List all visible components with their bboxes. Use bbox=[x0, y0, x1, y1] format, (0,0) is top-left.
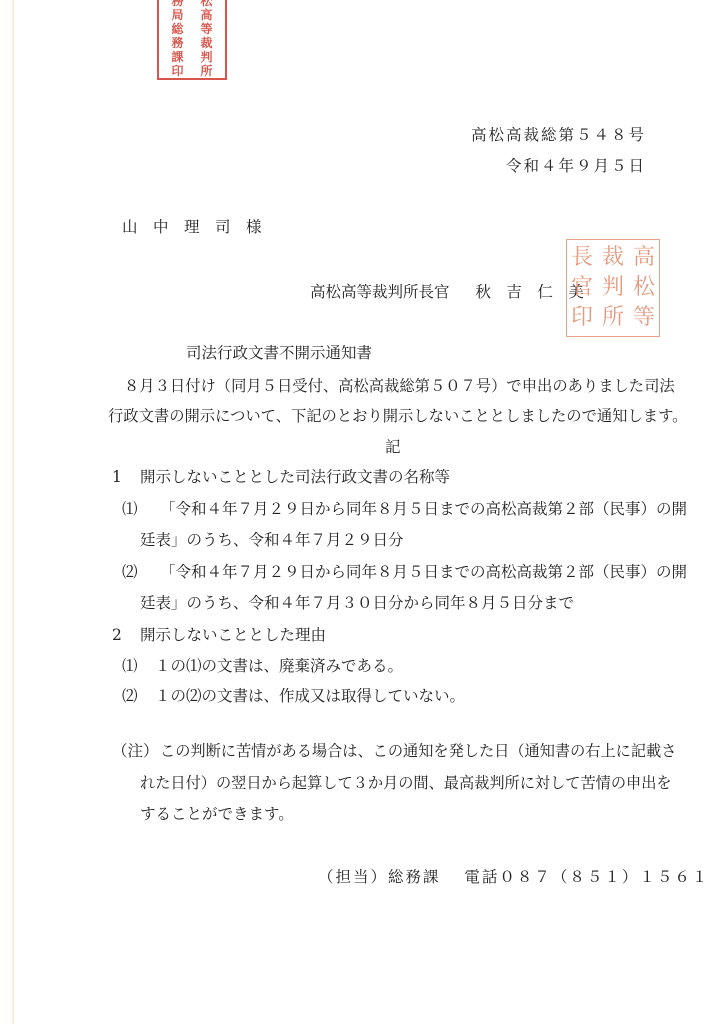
seal-char: 長 bbox=[571, 244, 593, 272]
section-1-item-1-line-1: 「令和４年７月２９日から同年８月５日までの高松高裁第２部（民事）の開 bbox=[160, 499, 687, 519]
section-1-item-2-line-2: 廷表」のうち、令和４年７月３０日分から同年８月５日分まで bbox=[140, 593, 574, 613]
seal-column: 裁 判 所 bbox=[602, 244, 624, 332]
section-2-number: 2 bbox=[112, 625, 122, 645]
document-title: 司法行政文書不開示通知書 bbox=[186, 343, 372, 363]
office-stamp: 松 高 等 裁 判 所 務 局 総 務 課 印 bbox=[157, 0, 227, 80]
section-2-item-1-text: １の⑴の文書は、廃棄済みである。 bbox=[155, 656, 403, 676]
reference-number: 高松高裁総第５４８号 bbox=[471, 125, 646, 145]
intro-line-2: 行政文書の開示について、下記のとおり開示しないこととしましたので通知します。 bbox=[108, 406, 687, 426]
official-seal: 高 松 高 等 裁 判 所 長 官 印 bbox=[566, 239, 660, 337]
contact-phone: 電話０８７（８５１）１５６１ bbox=[464, 868, 709, 886]
stamp-char: 務 bbox=[171, 0, 183, 8]
scan-edge bbox=[12, 0, 14, 1024]
office-stamp-left-column: 務 局 総 務 課 印 bbox=[171, 0, 183, 78]
seal-char: 高 bbox=[633, 244, 655, 272]
seal-char: 印 bbox=[571, 304, 593, 332]
section-1-item-1-label: ⑴ bbox=[122, 499, 138, 519]
sender: 高松高等裁判所長官 秋 吉 仁 美 bbox=[310, 282, 584, 302]
seal-char: 等 bbox=[633, 304, 655, 332]
note-label: （注） bbox=[112, 741, 159, 761]
ki-heading: 記 bbox=[385, 437, 401, 457]
stamp-char: 総 bbox=[171, 22, 183, 36]
stamp-char: 印 bbox=[171, 64, 183, 78]
section-1-number: 1 bbox=[112, 467, 122, 487]
sender-title: 高松高等裁判所長官 bbox=[310, 283, 450, 301]
office-stamp-right-column: 松 高 等 裁 判 所 bbox=[200, 0, 212, 78]
note-line-3: することができます。 bbox=[140, 804, 294, 824]
section-1-item-2-label: ⑵ bbox=[122, 562, 138, 582]
section-2-item-2-label: ⑵ bbox=[122, 686, 138, 706]
section-2-item-2-text: １の⑵の文書は、作成又は取得していない。 bbox=[155, 686, 465, 706]
section-1-item-2-line-1: 「令和４年７月２９日から同年８月５日までの高松高裁第２部（民事）の開 bbox=[160, 562, 687, 582]
section-2-heading: 開示しないこととした理由 bbox=[140, 625, 326, 645]
contact: （担当）総務課 電話０８７（８５１）１５６１ bbox=[318, 867, 709, 887]
stamp-char: 判 bbox=[200, 50, 212, 64]
stamp-char: 松 bbox=[200, 0, 212, 8]
stamp-char: 裁 bbox=[200, 36, 212, 50]
document-date: 令和４年９月５日 bbox=[506, 156, 646, 176]
intro-line-1: ８月３日付け（同月５日受付、高松高裁総第５０７号）で申出のありました司法 bbox=[124, 376, 675, 396]
stamp-char: 高 bbox=[200, 8, 212, 22]
seal-char: 官 bbox=[571, 274, 593, 302]
section-1-item-1-line-2: 廷表」のうち、令和４年７月２９日分 bbox=[140, 530, 404, 550]
stamp-char: 等 bbox=[200, 22, 212, 36]
section-1-heading: 開示しないこととした司法行政文書の名称等 bbox=[140, 467, 450, 487]
section-2-item-1-label: ⑴ bbox=[122, 656, 138, 676]
stamp-char: 務 bbox=[171, 36, 183, 50]
note-line-2: れた日付）の翌日から起算して３か月の間、最高裁判所に対して苦情の申出を bbox=[140, 773, 672, 793]
seal-char: 松 bbox=[633, 274, 655, 302]
stamp-char: 局 bbox=[171, 8, 183, 22]
seal-char: 所 bbox=[602, 304, 624, 332]
stamp-char: 所 bbox=[200, 64, 212, 78]
seal-char: 判 bbox=[602, 274, 624, 302]
contact-label: （担当）総務課 bbox=[318, 868, 441, 886]
addressee: 山 中 理 司 様 bbox=[122, 217, 262, 237]
seal-column: 長 官 印 bbox=[571, 244, 593, 332]
stamp-char: 課 bbox=[171, 50, 183, 64]
seal-char: 裁 bbox=[602, 244, 624, 272]
note-line-1: この判断に苦情がある場合は、この通知を発した日（通知書の右上に記載さ bbox=[160, 741, 676, 761]
seal-column: 高 松 高 等 bbox=[633, 244, 655, 332]
